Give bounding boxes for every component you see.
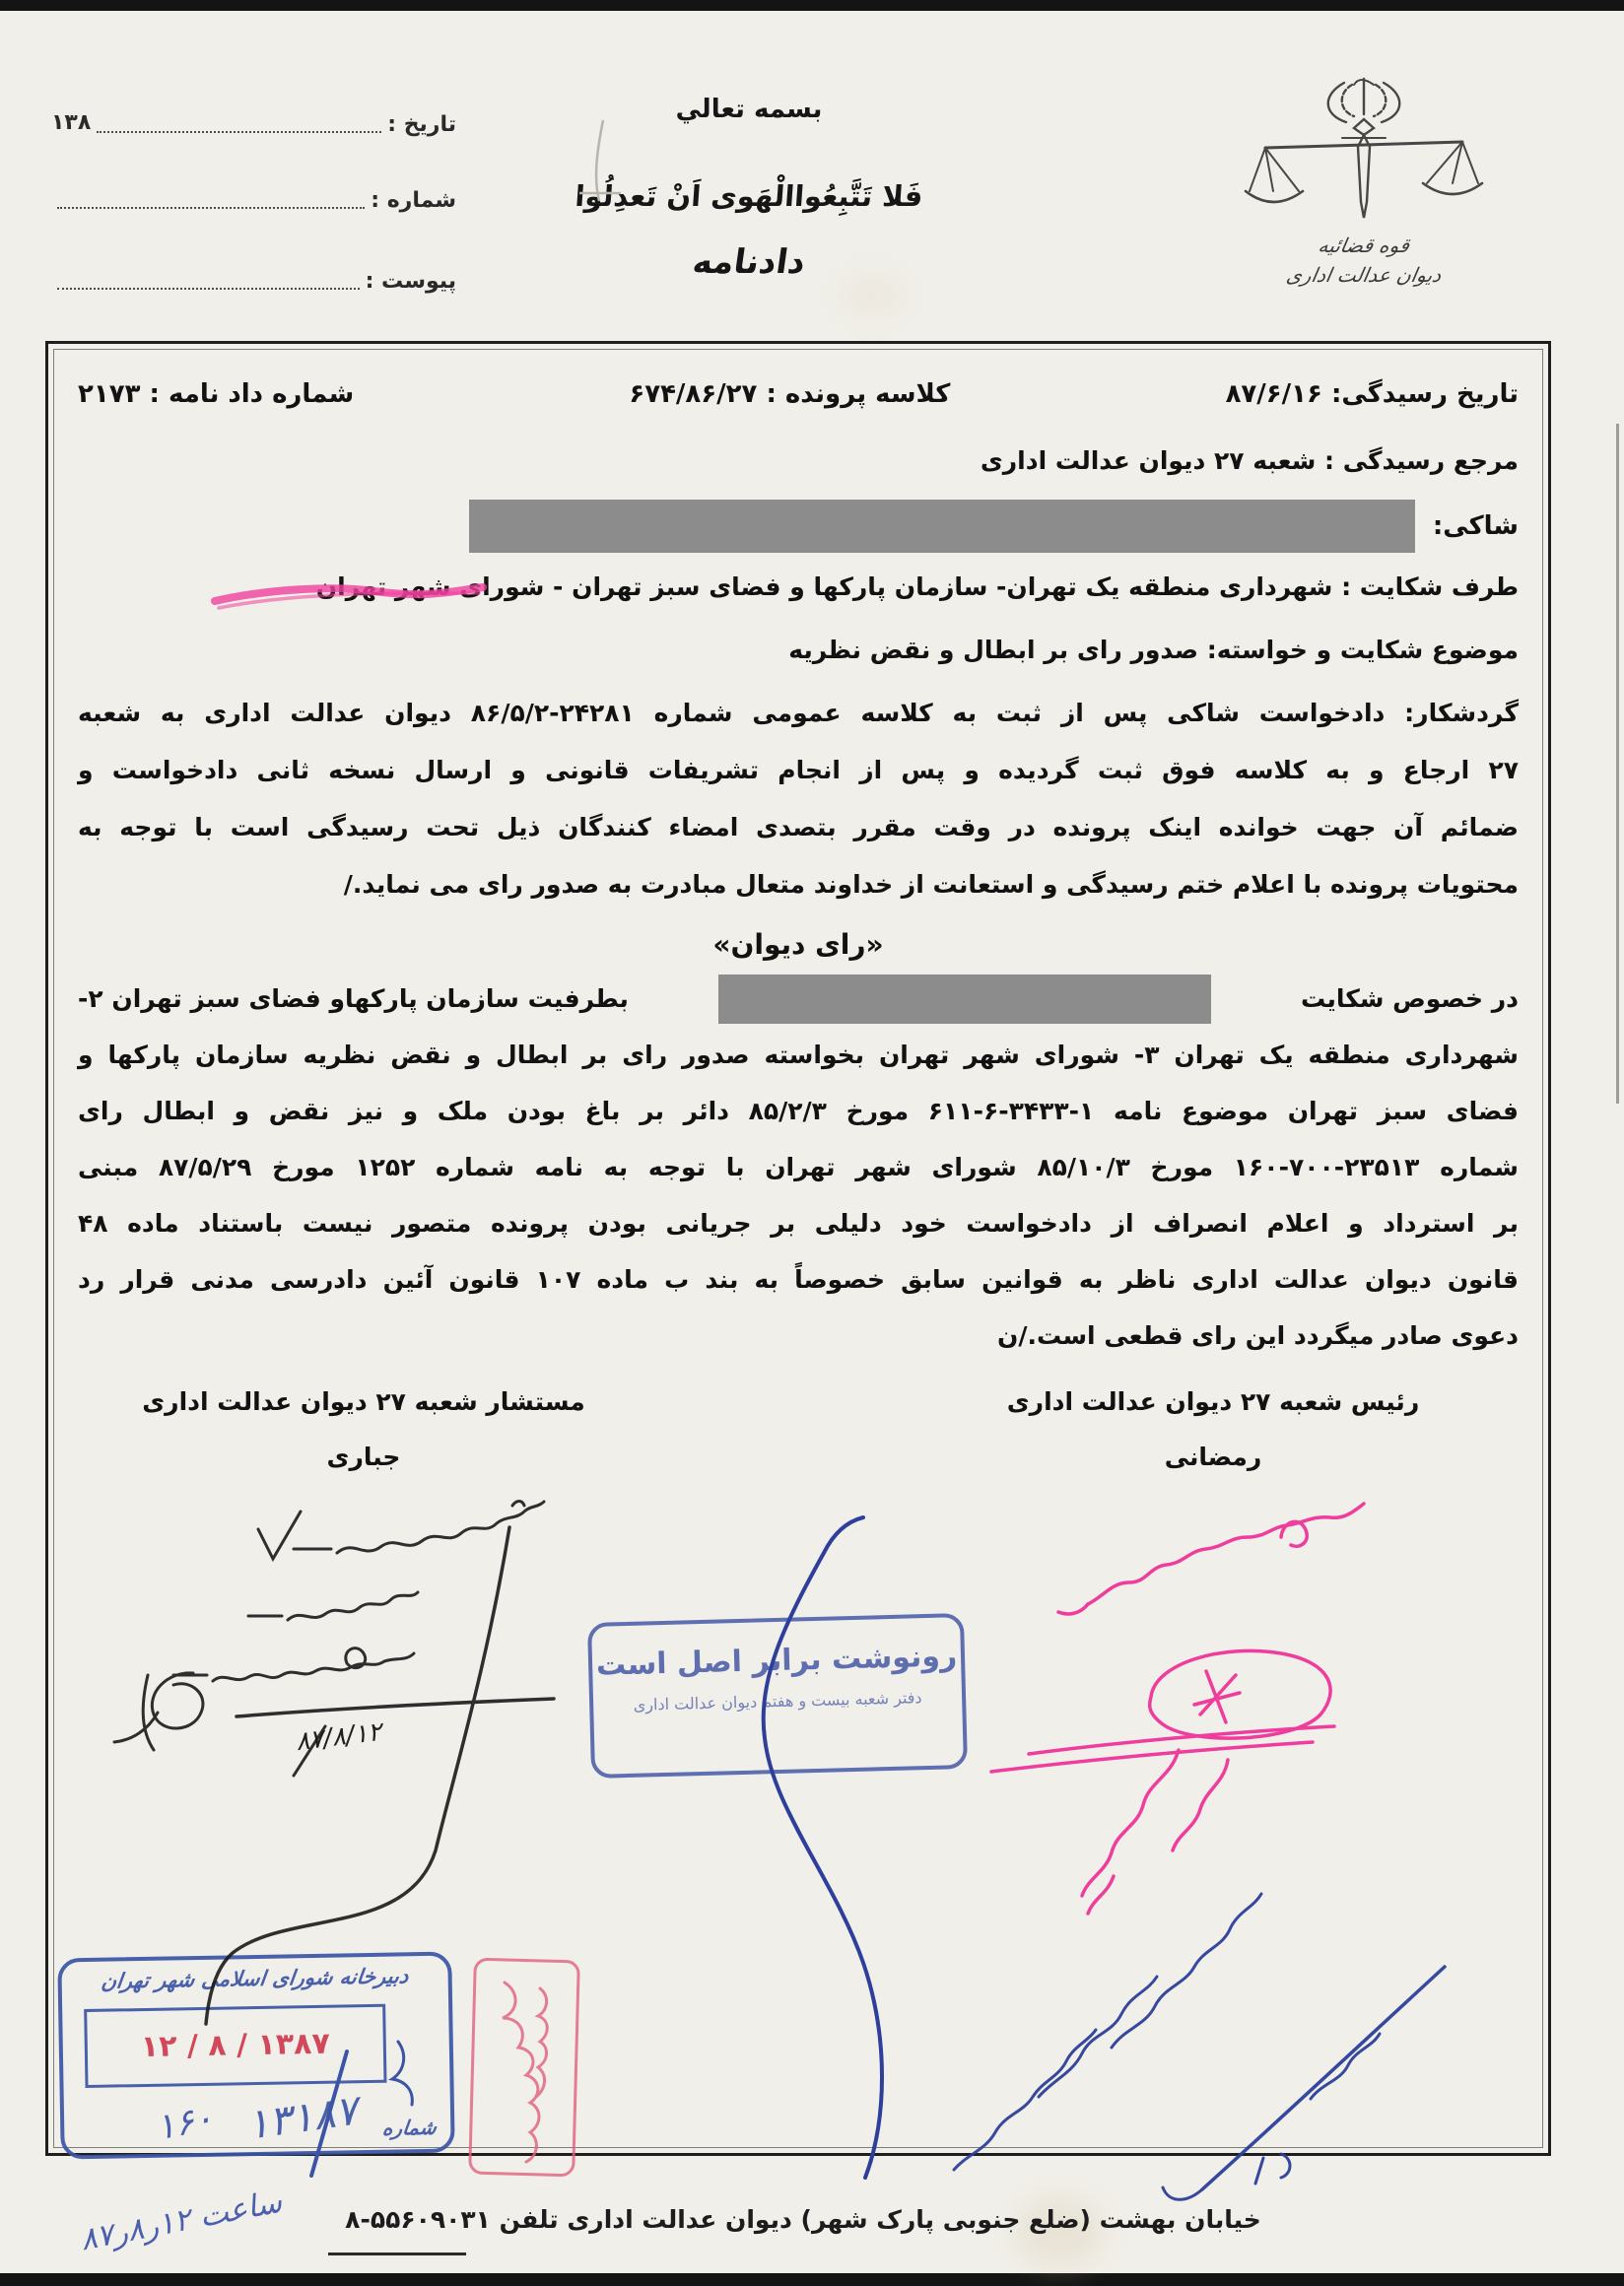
ruling-line1-right: در خصوص شکایت	[1301, 984, 1519, 1013]
case-number: کلاسه پرونده : ۶۷۴/۸۶/۲۷	[629, 379, 950, 409]
ruling-line-1: در خصوص شکایت بطرفیت سازمان پارکهاو فضای…	[78, 971, 1519, 1027]
ruling-line: دعوی صادر میگردد این رای قطعی است./ن	[78, 1308, 1519, 1364]
signature-right-title: رئیس شعبه ۲۷ دیوان عدالت اداری	[937, 1378, 1489, 1427]
council-stamp-date: ۱۳۸۷ / ۸ / ۱۲	[87, 2007, 383, 2085]
verdict-number: شماره داد نامه : ۲۱۷۳	[78, 379, 354, 409]
ruling-line: شماره ۲۳۵۱۳-۷۰۰-۱۶۰ مورخ ۸۵/۱۰/۳ شورای ش…	[78, 1139, 1519, 1195]
ruling-line: قانون دیوان عدالت اداری ناظر به قوانین س…	[78, 1251, 1519, 1308]
redaction-bar-ruling	[718, 975, 1211, 1024]
council-number-main: ۱۳۱۸۷	[243, 2086, 361, 2149]
council-secretariat-stamp: دبیرخانه شورای اسلامی شهر تهران ۱۳۸۷ / ۸…	[57, 1952, 454, 2160]
field-date: تاریخ : ۱۳۸	[51, 110, 460, 137]
emblem-caption-judiciary: قوه قضائیه	[1241, 231, 1486, 260]
ruling-line: فضای سبز تهران موضوع نامه ۱-۳۴۳۳-۶-۶۱۱ م…	[78, 1083, 1519, 1139]
scan-edge-top	[0, 0, 1624, 11]
red-registry-stamp	[468, 1958, 580, 2178]
scan-edge-right	[1616, 424, 1619, 1104]
ruling-paragraph: در خصوص شکایت بطرفیت سازمان پارکهاو فضای…	[78, 971, 1519, 1364]
document-frame: تاریخ رسیدگی: ۸۷/۶/۱۶ کلاسه پرونده : ۶۷۴…	[45, 341, 1551, 2156]
handwritten-time-note: ساعت ۱۲ر۸ر۸۷	[77, 2185, 285, 2258]
number-dotted-line	[57, 187, 365, 209]
attachment-label: پیوست :	[366, 269, 460, 294]
field-number: شماره :	[51, 187, 460, 213]
plaintiff-label: شاکی:	[1433, 511, 1519, 541]
copy-stamp-line2: دفتر شعبه بیست و هفتم دیوان عدالت اداری	[593, 1687, 962, 1715]
procedure-line: ۲۷ ارجاع و به کلاسه فوق ثبت گردیده و پس …	[78, 742, 1519, 799]
council-stamp-date-box: ۱۳۸۷ / ۸ / ۱۲	[84, 2004, 386, 2088]
ruling-line1-left: بطرفیت سازمان پارکهاو فضای سبز تهران ۲-	[78, 984, 629, 1013]
case-header-row: تاریخ رسیدگی: ۸۷/۶/۱۶ کلاسه پرونده : ۶۷۴…	[78, 366, 1519, 423]
ruling-title: «رای دیوان»	[78, 919, 1519, 971]
quran-verse: فَلا تَتَّبِعُواالْهَوی اَنْ تَعدِلُوا	[492, 179, 1006, 213]
signature-left: مستشار شعبه ۲۷ دیوان عدالت اداری جباری	[107, 1378, 620, 1482]
copy-certification-stamp: رونوشت برابر اصل است دفتر شعبه بیست و هف…	[587, 1613, 968, 1779]
procedure-line: محتویات پرونده با اعلام ختم رسیدگی و است…	[78, 856, 1519, 913]
emblem-caption-court: دیوان عدالت اداری	[1241, 260, 1486, 290]
scanned-court-verdict-page: تاریخ : ۱۳۸ شماره : پیوست : بسمه تعالي ف…	[0, 0, 1624, 2286]
scales-of-justice-icon	[1244, 73, 1484, 227]
footer-address: خیابان بهشت (ضلع جنوبی پارک شهر) دیوان ع…	[276, 2205, 1330, 2234]
defendant-line: طرف شکایت : شهرداری منطقه یک تهران- سازم…	[78, 559, 1519, 616]
phone-underline	[328, 2252, 466, 2255]
ruling-line: بر استرداد و اعلام انصراف از دادخواست خو…	[78, 1195, 1519, 1251]
paper-stain	[838, 276, 907, 315]
council-number-label: شماره	[381, 2116, 439, 2140]
hearing-date: تاریخ رسیدگی: ۸۷/۶/۱۶	[1226, 379, 1519, 409]
redaction-bar-plaintiff	[469, 500, 1415, 553]
signature-right: رئیس شعبه ۲۷ دیوان عدالت اداری رمضانی	[937, 1378, 1489, 1482]
procedure-paragraph: گردشکار: دادخواست شاکی پس از ثبت به کلاس…	[78, 685, 1519, 913]
document-type-title: دادنامه	[549, 242, 949, 282]
signature-right-name: رمضانی	[937, 1433, 1489, 1482]
procedure-line: گردشکار: دادخواست شاکی پس از ثبت به کلاس…	[78, 685, 1519, 742]
field-attachment: پیوست :	[51, 268, 460, 294]
number-label: شماره :	[371, 188, 460, 213]
council-stamp-title: دبیرخانه شورای اسلامی شهر تهران	[60, 1964, 449, 1994]
date-dotted-line	[97, 111, 381, 133]
attachment-dotted-line	[57, 268, 360, 290]
ruling-line: شهرداری منطقه یک تهران ۳- شورای شهر تهرا…	[78, 1027, 1519, 1083]
copy-stamp-line1: رونوشت برابر اصل است	[592, 1639, 962, 1683]
signature-left-title: مستشار شعبه ۲۷ دیوان عدالت اداری	[107, 1378, 620, 1427]
procedure-line: ضمائم آن جهت خوانده اینک پرونده در وقت م…	[78, 799, 1519, 856]
signature-block: رئیس شعبه ۲۷ دیوان عدالت اداری رمضانی مس…	[78, 1378, 1519, 1482]
council-stamp-number-row: شماره ۱۳۱۸۷ ۱۶۰	[78, 2091, 438, 2145]
plaintiff-row: شاکی:	[78, 498, 1519, 555]
scan-edge-bottom	[0, 2273, 1624, 2286]
judiciary-emblem: قوه قضائیه دیوان عدالت اداری	[1244, 73, 1484, 290]
date-prefill: ۱۳۸	[51, 110, 91, 137]
hearing-authority: مرجع رسیدگی : شعبه ۲۷ دیوان عدالت اداری	[78, 433, 1519, 490]
signature-left-name: جباری	[107, 1433, 620, 1482]
council-number-sub: ۱۶۰	[152, 2098, 216, 2148]
date-label: تاریخ :	[387, 112, 460, 137]
subject-line: موضوع شکایت و خواسته: صدور رای بر ابطال …	[78, 622, 1519, 679]
basmala: بسمه تعالي	[552, 95, 946, 124]
